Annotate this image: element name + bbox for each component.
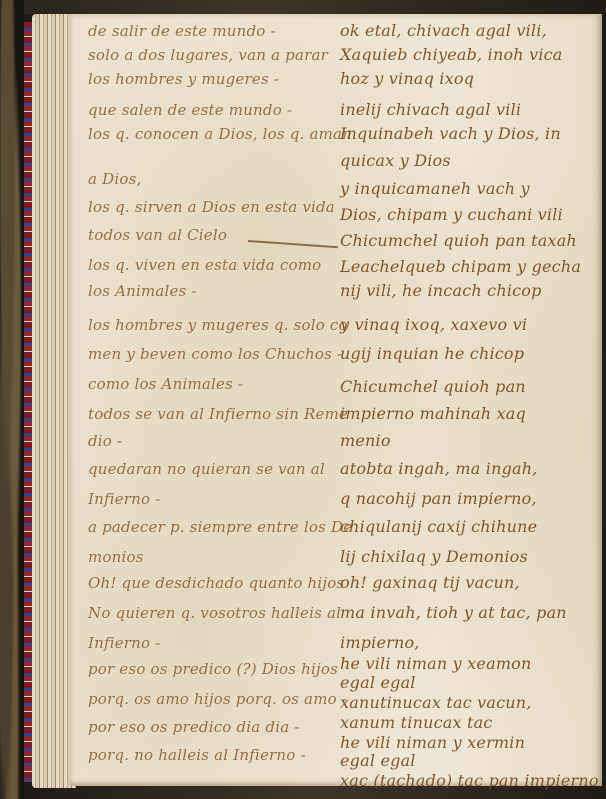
mayan-line: impierno, [340, 634, 420, 652]
mayan-line: Dios, chipam y cuchani vili [340, 206, 563, 224]
spanish-line: los hombres y mugeres q. solo co [88, 316, 348, 334]
spanish-line: No quieren q. vosotros halleis al [88, 604, 341, 622]
spanish-line: Oh! que desdichado quanto hijos [88, 574, 344, 592]
marbled-cover [0, 0, 24, 799]
mayan-line: Chicumchel quioh pan taxah [340, 232, 577, 250]
mayan-line: xanum tinucax tac [340, 714, 493, 732]
mayan-line: egal egal [340, 674, 416, 692]
spanish-line: porq. os amo hijos porq. os amo - [88, 690, 347, 708]
mayan-line: Xaquieb chiyeab, inoh vica [340, 46, 563, 64]
cover-top-edge [24, 0, 606, 14]
spanish-line: dio - [88, 432, 122, 450]
mayan-line: atobta ingah, ma ingah, [340, 460, 538, 478]
mayan-line: quicax y Dios [340, 152, 451, 170]
mayan-line: Leachelqueb chipam y gecha [340, 258, 581, 276]
spanish-line: los q. viven en esta vida como [88, 256, 321, 274]
spanish-line: los Animales - [88, 282, 197, 300]
spanish-line: por eso os predico dia dia - [88, 718, 300, 736]
mayan-line: impierno mahinah xaq [340, 405, 526, 423]
spanish-line: quedaran no quieran se van al [88, 460, 325, 478]
mayan-line: y inquicamaneh vach y [340, 180, 530, 198]
mayan-line: ma invah, tioh y at tac, pan [340, 604, 567, 622]
mayan-line: ugij inquian he chicop [340, 345, 524, 363]
mayan-line: inelij chivach agal vili [340, 101, 521, 119]
spanish-line: todos se van al Infierno sin Reme [88, 405, 348, 423]
mayan-line: q nacohij pan impierno, [340, 490, 537, 508]
spanish-line: por eso os predico (?) Dios hijos [88, 660, 338, 678]
spanish-line: porq. no halleis al Infierno - [88, 746, 306, 764]
spanish-line: los q. conocen a Dios, los q. aman [88, 125, 352, 143]
spanish-line: a padecer p. siempre entre los De [88, 518, 352, 536]
mayan-line: nij vili, he incach chicop [340, 282, 542, 300]
mayan-line: y vinaq ixoq, xaxevo vi [340, 316, 527, 334]
spanish-line: Infierno - [88, 634, 161, 652]
spanish-line: a Dios, [88, 170, 141, 188]
mayan-line: xanutinucax tac vacun, [340, 694, 532, 712]
mayan-line: menio [340, 432, 391, 450]
spanish-line: los q. sirven a Dios en esta vida [88, 198, 335, 216]
mayan-line: lij chixilaq y Demonios [340, 548, 528, 566]
spanish-line: monios [88, 548, 144, 566]
spanish-line: todos van al Cielo [88, 226, 227, 244]
spanish-line: solo a dos lugares, van a parar [88, 46, 328, 64]
spanish-line: de salir de este mundo - [88, 22, 276, 40]
spanish-line: Infierno - [88, 490, 161, 508]
mayan-line: he vili niman y xeamon [340, 655, 532, 673]
spanish-line: que salen de este mundo - [88, 101, 292, 119]
mayan-line: hoz y vinaq ixoq [340, 70, 474, 88]
spanish-line: como los Animales - [88, 375, 243, 393]
mayan-line: he vili niman y xermin [340, 734, 525, 752]
mayan-line: oh! gaxinaq tij vacun, [340, 574, 520, 592]
mayan-line: Inquinabeh vach y Dios, in [340, 125, 561, 143]
mayan-line: ok etal, chivach agal vili, [340, 22, 547, 40]
mayan-line: Chicumchel quioh pan [340, 378, 526, 396]
manuscript-scan: de salir de este mundo -solo a dos lugar… [0, 0, 606, 799]
spanish-line: men y beven como los Chuchos - [88, 345, 342, 363]
mayan-line: xac (tachado) tac pan impierno [340, 772, 599, 790]
mayan-line: chiqulanij caxij chihune [340, 518, 537, 536]
spanish-line: los hombres y mugeres - [88, 70, 279, 88]
mayan-line: egal egal [340, 752, 416, 770]
headband-stitching [24, 22, 32, 782]
